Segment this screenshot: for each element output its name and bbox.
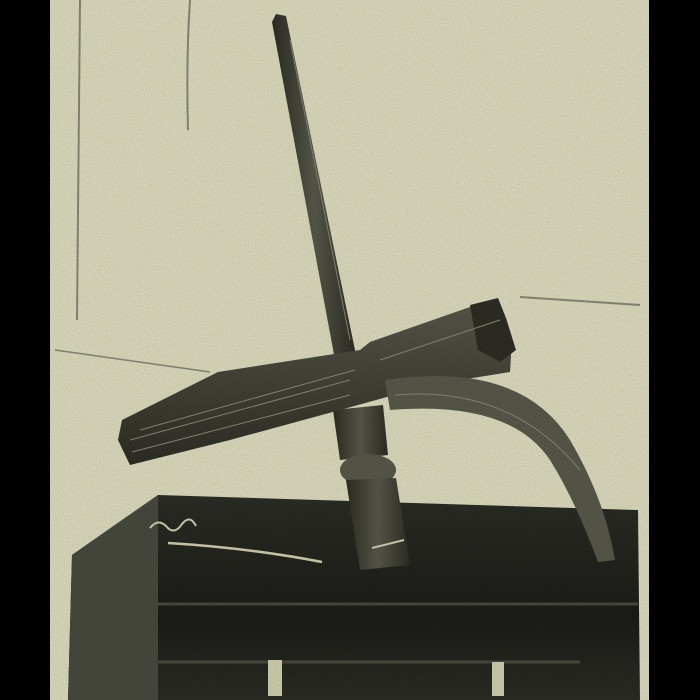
photograph: [50, 0, 649, 700]
black-border-frame: [0, 0, 700, 700]
